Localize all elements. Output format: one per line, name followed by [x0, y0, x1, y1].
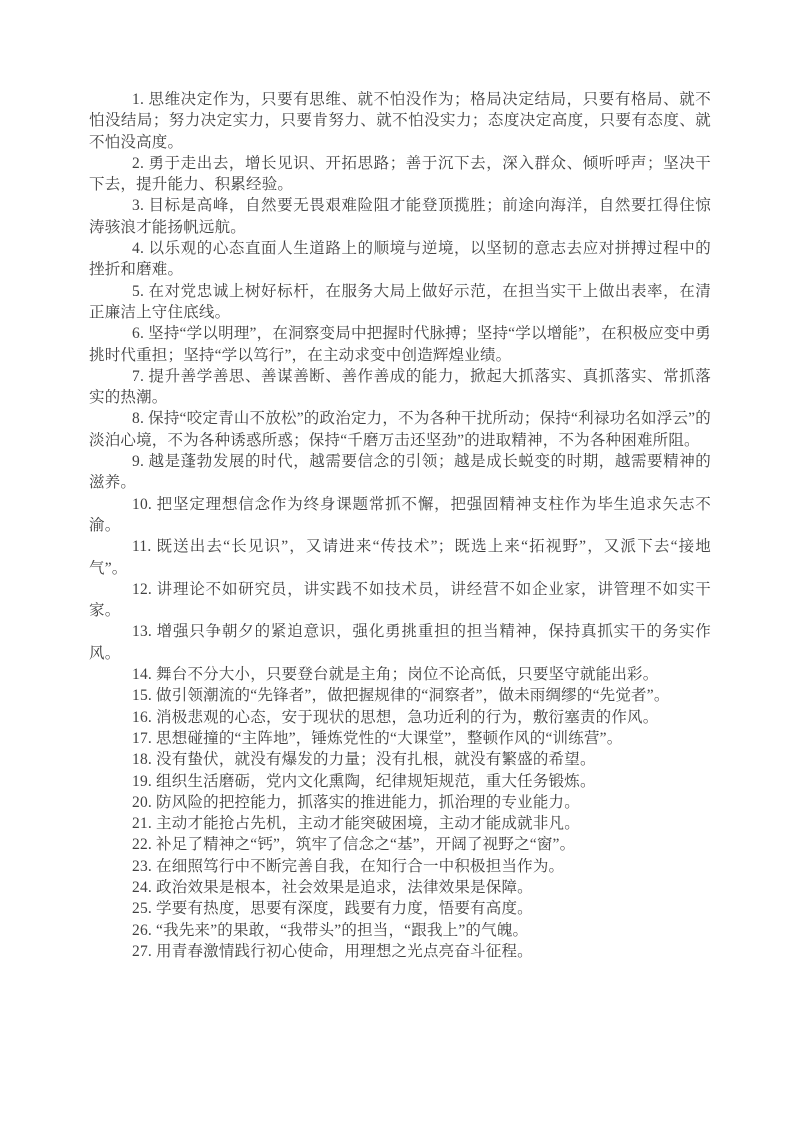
- paragraph-item: 12. 讲理论不如研究员，讲实践不如技术员，讲经营不如企业家，讲管理不如实干家。: [89, 579, 711, 622]
- paragraph-item: 19. 组织生活磨砺，党内文化熏陶，纪律规矩规范，重大任务锻炼。: [89, 771, 711, 792]
- paragraph-item: 15. 做引领潮流的“先锋者”，做把握规律的“洞察者”，做未雨绸缪的“先觉者”。: [89, 685, 711, 706]
- paragraph-item: 20. 防风险的把控能力，抓落实的推进能力，抓治理的专业能力。: [89, 792, 711, 813]
- paragraph-item: 5. 在对党忠诚上树好标杆，在服务大局上做好示范，在担当实干上做出表率，在清正廉…: [89, 281, 711, 324]
- paragraph-item: 3. 目标是高峰，自然要无畏艰难险阻才能登顶揽胜；前途向海洋，自然要扛得住惊涛骇…: [89, 195, 711, 238]
- paragraph-item: 6. 坚持“学以明理”，在洞察变局中把握时代脉搏；坚持“学以增能”，在积极应变中…: [89, 323, 711, 366]
- paragraph-item: 24. 政治效果是根本，社会效果是追求，法律效果是保障。: [89, 877, 711, 898]
- paragraph-item: 4. 以乐观的心态直面人生道路上的顺境与逆境，以坚韧的意志去应对拼搏过程中的挫折…: [89, 238, 711, 281]
- paragraph-item: 21. 主动才能抢占先机，主动才能突破困境，主动才能成就非凡。: [89, 813, 711, 834]
- paragraph-item: 18. 没有蛰伏，就没有爆发的力量；没有扎根，就没有繁盛的希望。: [89, 749, 711, 770]
- document-page: 1. 思维决定作为，只要有思维、就不怕没作为；格局决定结局，只要有格局、就不怕没…: [0, 0, 793, 1122]
- paragraph-item: 22. 补足了精神之“钙”，筑牢了信念之“基”，开阔了视野之“窗”。: [89, 834, 711, 855]
- paragraph-item: 25. 学要有热度，思要有深度，践要有力度，悟要有高度。: [89, 898, 711, 919]
- paragraph-item: 13. 增强只争朝夕的紧迫意识，强化勇挑重担的担当精神，保持真抓实干的务实作风。: [89, 621, 711, 664]
- paragraph-item: 17. 思想碰撞的“主阵地”，锤炼党性的“大课堂”，整顿作风的“训练营”。: [89, 728, 711, 749]
- paragraph-item: 2. 勇于走出去，增长见识、开拓思路；善于沉下去，深入群众、倾听呼声；坚决干下去…: [89, 153, 711, 196]
- paragraph-item: 10. 把坚定理想信念作为终身课题常抓不懈，把强固精神支柱作为毕生追求矢志不渝。: [89, 494, 711, 537]
- paragraph-item: 27. 用青春激情践行初心使命，用理想之光点亮奋斗征程。: [89, 941, 711, 962]
- paragraph-item: 7. 提升善学善思、善谋善断、善作善成的能力，掀起大抓落实、真抓落实、常抓落实的…: [89, 366, 711, 409]
- paragraph-item: 11. 既送出去“长见识”，又请进来“传技术”；既选上来“拓视野”，又派下去“接…: [89, 536, 711, 579]
- paragraph-item: 23. 在细照笃行中不断完善自我，在知行合一中积极担当作为。: [89, 856, 711, 877]
- paragraph-item: 8. 保持“咬定青山不放松”的政治定力，不为各种干扰所动；保持“利禄功名如浮云”…: [89, 408, 711, 451]
- paragraph-item: 9. 越是蓬勃发展的时代，越需要信念的引领；越是成长蜕变的时期，越需要精神的滋养…: [89, 451, 711, 494]
- paragraph-item: 1. 思维决定作为，只要有思维、就不怕没作为；格局决定结局，只要有格局、就不怕没…: [89, 89, 711, 153]
- paragraph-item: 26. “我先来”的果敢，“我带头”的担当，“跟我上”的气魄。: [89, 920, 711, 941]
- paragraph-item: 16. 消极悲观的心态，安于现状的思想，急功近利的行为，敷衍塞责的作风。: [89, 707, 711, 728]
- paragraph-item: 14. 舞台不分大小，只要登台就是主角；岗位不论高低，只要坚守就能出彩。: [89, 664, 711, 685]
